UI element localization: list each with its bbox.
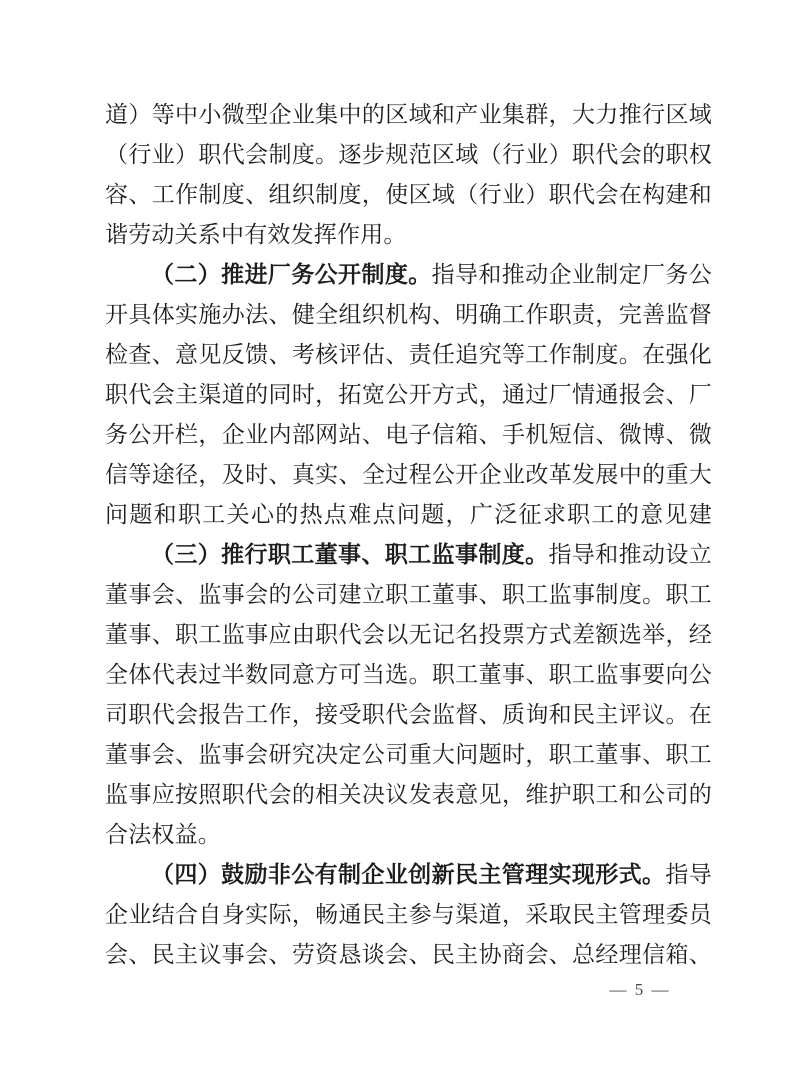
paragraph-first-line: （三）推行职工董事、职工监事制度。指导和推动设立 xyxy=(105,535,712,575)
section-4-heading: （四）鼓励非公有制企业创新民主管理实现形式。 xyxy=(151,862,665,887)
section-3-heading: （三）推行职工董事、职工监事制度。 xyxy=(151,542,549,567)
text-line: 董事、职工监事应由职代会以无记名投票方式差额选举，经 xyxy=(105,615,712,655)
text-line: 容、工作制度、组织制度，使区域（行业）职代会在构建和 xyxy=(105,175,712,215)
text-line: 全体代表过半数同意方可当选。职工董事、职工监事要向公 xyxy=(105,655,712,695)
text-line: 务公开栏，企业内部网站、电子信箱、手机短信、微博、微 xyxy=(105,415,712,455)
text-line: 谐劳动关系中有效发挥作用。 xyxy=(105,215,712,255)
section-2-first-line-text: 指导和推动企业制定厂务公 xyxy=(432,262,712,287)
paragraph-continuation: 道）等中小微型企业集中的区域和产业集群，大力推行区域 （行业）职代会制度。逐步规… xyxy=(105,95,712,255)
document-page: 道）等中小微型企业集中的区域和产业集群，大力推行区域 （行业）职代会制度。逐步规… xyxy=(0,0,799,1091)
text-line: 监事应按照职代会的相关决议发表意见，维护职工和公司的 xyxy=(105,775,712,815)
text-line: 开具体实施办法、健全组织机构、明确工作职责，完善监督 xyxy=(105,295,712,335)
text-line: 合法权益。 xyxy=(105,815,712,855)
text-line: 董事会、监事会研究决定公司重大问题时，职工董事、职工 xyxy=(105,735,712,775)
text-line: 问题和职工关心的热点难点问题，广泛征求职工的意见建议。 xyxy=(105,495,712,535)
page-number: — 5 — xyxy=(598,980,682,1000)
section-3-first-line-text: 指导和推动设立 xyxy=(549,542,713,567)
paragraph-first-line: （四）鼓励非公有制企业创新民主管理实现形式。指导 xyxy=(105,855,712,895)
text-line: 职代会主渠道的同时，拓宽公开方式，通过厂情通报会、厂 xyxy=(105,375,712,415)
text-line: （行业）职代会制度。逐步规范区域（行业）职代会的职权内 xyxy=(105,135,712,175)
text-column: 道）等中小微型企业集中的区域和产业集群，大力推行区域 （行业）职代会制度。逐步规… xyxy=(105,95,712,975)
section-4-first-line-text: 指导 xyxy=(665,862,712,887)
text-line: 董事会、监事会的公司建立职工董事、职工监事制度。职工 xyxy=(105,575,712,615)
paragraph-first-line: （二）推进厂务公开制度。指导和推动企业制定厂务公 xyxy=(105,255,712,295)
paragraph-section-2: （二）推进厂务公开制度。指导和推动企业制定厂务公 开具体实施办法、健全组织机构、… xyxy=(105,255,712,535)
paragraph-section-3: （三）推行职工董事、职工监事制度。指导和推动设立 董事会、监事会的公司建立职工董… xyxy=(105,535,712,855)
text-line: 检查、意见反馈、考核评估、责任追究等工作制度。在强化 xyxy=(105,335,712,375)
text-line: 司职代会报告工作，接受职代会监督、质询和民主评议。在 xyxy=(105,695,712,735)
text-line: 信等途径，及时、真实、全过程公开企业改革发展中的重大 xyxy=(105,455,712,495)
paragraph-section-4: （四）鼓励非公有制企业创新民主管理实现形式。指导 企业结合自身实际，畅通民主参与… xyxy=(105,855,712,975)
text-line: 道）等中小微型企业集中的区域和产业集群，大力推行区域 xyxy=(105,95,712,135)
text-line: 企业结合自身实际，畅通民主参与渠道，采取民主管理委员 xyxy=(105,895,712,935)
section-2-heading: （二）推进厂务公开制度。 xyxy=(151,262,432,287)
text-line: 会、民主议事会、劳资恳谈会、民主协商会、总经理信箱、 xyxy=(105,935,712,975)
